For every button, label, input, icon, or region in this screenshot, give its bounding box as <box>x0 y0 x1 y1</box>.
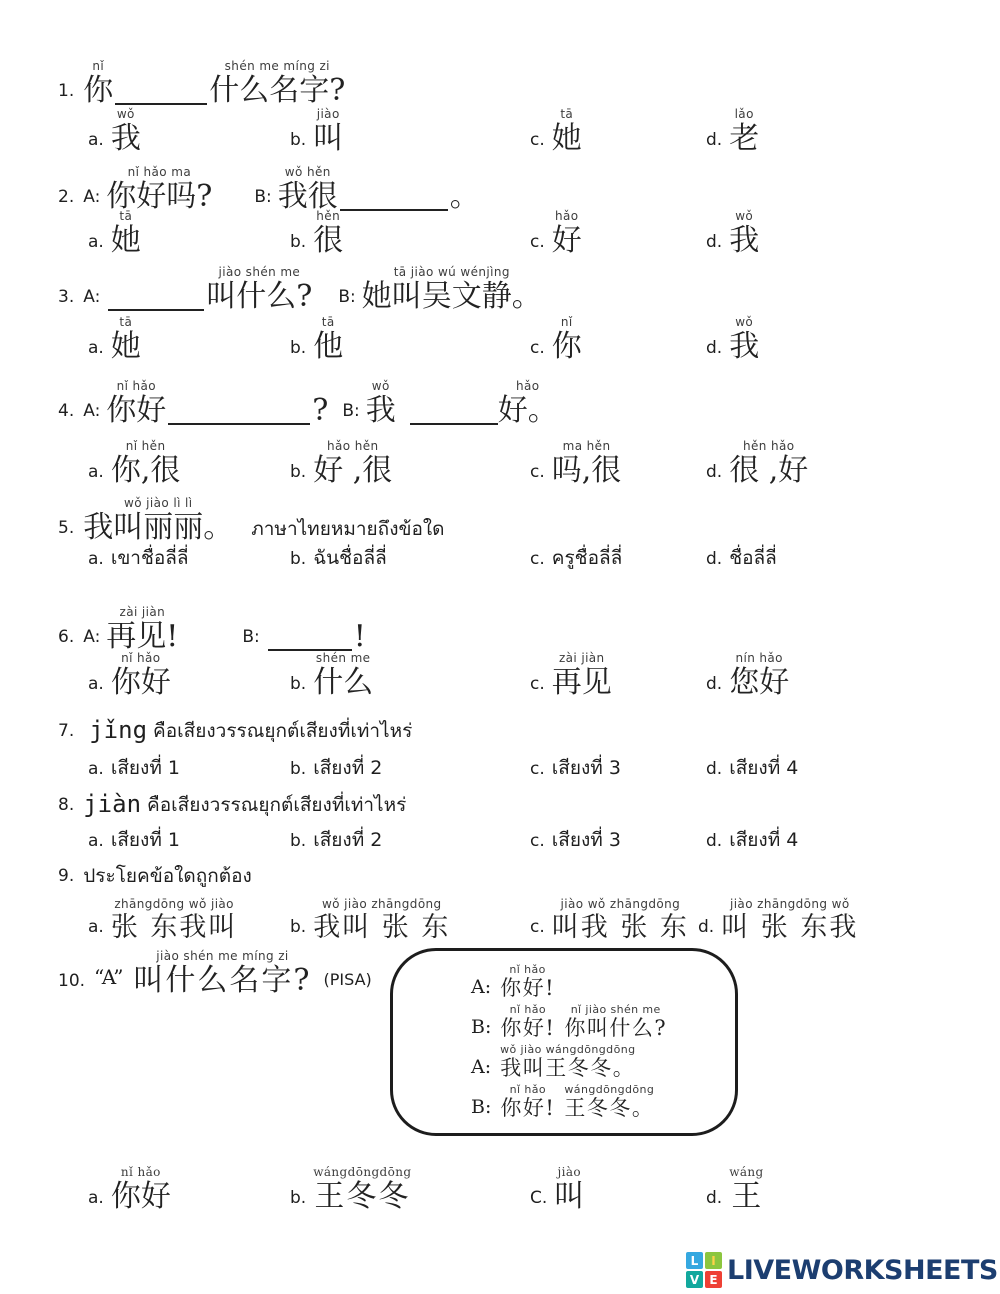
logo-tile-l: L <box>686 1252 703 1269</box>
ruby: zài jiàn再见 <box>552 652 612 699</box>
option-letter: b. <box>290 761 306 784</box>
option-d[interactable]: d. jiào zhāngdōng wǒ叫 张 东我 <box>698 898 858 942</box>
option-d[interactable]: d. เสียงที่ 4 <box>706 758 798 784</box>
hanzi: 叫什么名字? <box>133 965 311 997</box>
hanzi: 你,很 <box>111 455 181 487</box>
option-letter: a. <box>88 132 104 155</box>
option-letter: a. <box>88 340 104 363</box>
question-3-options: a. tā她 b. tā他 c. nǐ你 d. wǒ我 <box>0 316 1000 370</box>
option-b[interactable]: b. เสียงที่ 2 <box>290 830 382 856</box>
pinyin: zài jiàn <box>120 606 166 618</box>
pinyin: wángdōngdōng <box>313 1166 411 1178</box>
speaker-b: B: <box>242 629 259 653</box>
ruby-segment: hǎo 好。 <box>498 380 558 427</box>
ruby: lǎo老 <box>729 108 759 155</box>
option-letter: d. <box>706 833 722 856</box>
option-d[interactable]: d. ชื่อลี่ลี่ <box>706 548 777 574</box>
ruby: nǐ hǎo你好! <box>500 964 555 1000</box>
hanzi: 她 <box>111 331 141 363</box>
option-c[interactable]: c. ma hěn吗,很 <box>530 440 621 487</box>
thai-option: เขาชื่อลี่ลี่ <box>111 548 189 574</box>
question-1-prompt: 1. nǐ 你 shén me míng zi 什么名字? <box>58 60 345 107</box>
punctuation: ? <box>312 395 328 427</box>
pinyin: jiào zhāngdōng wǒ <box>730 898 850 910</box>
option-d[interactable]: d. lǎo老 <box>706 108 759 155</box>
answer-blank[interactable] <box>108 304 204 311</box>
pinyin: wǒ <box>117 108 135 120</box>
thai-question: คือเสียงวรรณยุกต์เสียงที่เท่าไหร่ <box>147 795 406 821</box>
quoted-a: “A” <box>94 967 123 997</box>
ruby-segment: jiào shén me míng zi 叫什么名字? <box>133 950 311 997</box>
thai-option: ครูชื่อลี่ลี่ <box>552 548 623 574</box>
ruby: wángdōngdōng王冬冬 <box>313 1166 411 1213</box>
option-letter: a. <box>88 464 104 487</box>
thai-question: ภาษาไทยหมายถึงข้อใด <box>251 519 444 545</box>
speaker-a: A: <box>471 1058 491 1080</box>
question-10-prompt: 10. “A” jiào shén me míng zi 叫什么名字? (PIS… <box>58 950 372 997</box>
question-number: 3. <box>58 289 74 313</box>
option-b[interactable]: b. jiào叫 <box>290 108 343 155</box>
hanzi: 叫 <box>554 1181 584 1213</box>
question-4-prompt: 4. A: nǐ hǎo 你好 ? B: wǒ 我 hǎo 好。 <box>58 380 558 427</box>
pinyin: jiào shén me <box>218 266 300 278</box>
option-b[interactable]: b. hǎo hěn好 ,很 <box>290 440 392 487</box>
thai-option: เสียงที่ 1 <box>111 830 180 856</box>
option-letter: a. <box>88 234 104 257</box>
speaker-a: A: <box>83 629 100 653</box>
option-letter: c. <box>530 551 545 574</box>
hanzi: 你好! <box>500 1097 555 1120</box>
question-1-options: a. wǒ我 b. jiào叫 c. tā她 d. lǎo老 <box>0 108 1000 162</box>
hanzi: 很 ,好 <box>729 455 808 487</box>
option-b[interactable]: b. wángdōngdōng王冬冬 <box>290 1166 411 1213</box>
hanzi: 他 <box>313 331 343 363</box>
question-number: 7. <box>58 723 74 747</box>
hanzi: 王冬冬 <box>314 1181 410 1213</box>
option-letter: d. <box>706 676 722 699</box>
option-a[interactable]: a. เสียงที่ 1 <box>88 830 180 856</box>
logo-tile-e: E <box>705 1271 722 1288</box>
hanzi: 你好! <box>500 1017 555 1040</box>
answer-blank[interactable] <box>115 98 207 105</box>
option-letter: c. <box>530 132 545 155</box>
question-6-options: a. nǐ hǎo你好 b. shén me什么 c. zài jiàn再见 d… <box>0 652 1000 706</box>
dialog-line-4: B: nǐ hǎo你好! wángdōngdōng王冬冬。 <box>471 1084 727 1120</box>
hanzi: 她叫吴文静。 <box>362 281 542 313</box>
ruby: hǎo hěn好 ,很 <box>313 440 392 487</box>
thai-option: เสียงที่ 3 <box>552 758 621 784</box>
option-letter: c. <box>530 234 545 257</box>
option-c[interactable]: c. เสียงที่ 3 <box>530 830 621 856</box>
option-letter: b. <box>290 464 306 487</box>
option-d[interactable]: d. wáng王 <box>706 1166 764 1213</box>
option-letter: d. <box>698 919 714 942</box>
pinyin: wǒ jiào zhāngdōng <box>322 898 442 910</box>
speaker-a: A: <box>471 978 491 1000</box>
option-letter: c. <box>530 340 545 363</box>
pinyin: nǐ hǎo <box>510 1004 546 1015</box>
option-c[interactable]: c. tā她 <box>530 108 582 155</box>
hanzi: 你好! <box>500 977 555 1000</box>
thai-option: ฉันชื่อลี่ลี่ <box>313 548 387 574</box>
ruby: ma hěn吗,很 <box>552 440 622 487</box>
thai-option: เสียงที่ 4 <box>729 830 798 856</box>
hanzi: 你叫什么? <box>564 1017 667 1040</box>
hanzi: 我 <box>111 123 141 155</box>
thai-option: เสียงที่ 2 <box>313 758 382 784</box>
option-letter: C. <box>530 1190 547 1213</box>
question-number: 1. <box>58 83 74 107</box>
ruby: nǐ hǎo你好 <box>111 1166 171 1213</box>
ruby: hěn hǎo很 ,好 <box>729 440 808 487</box>
option-letter: b. <box>290 132 306 155</box>
option-letter: d. <box>706 1190 722 1213</box>
ruby: tā她 <box>552 108 582 155</box>
ruby: wáng王 <box>729 1166 763 1213</box>
question-8-prompt: 8. jiàn คือเสียงวรรณยุกต์เสียงที่เท่าไหร… <box>58 792 406 821</box>
question-2-prompt: 2. A: nǐ hǎo ma 你好吗? B: wǒ hěn 我很 。 <box>58 166 480 213</box>
ruby: jiào zhāngdōng wǒ叫 张 东我 <box>721 898 858 942</box>
pinyin: tā <box>119 210 132 222</box>
ruby: wǒ jiào zhāngdōng我叫 张 东 <box>313 898 450 942</box>
pinyin: wángdōngdōng <box>564 1084 654 1095</box>
speaker-b: B: <box>342 403 359 427</box>
option-letter: d. <box>706 132 722 155</box>
question-2-options: a. tā她 b. hěn很 c. hǎo好 d. wǒ我 <box>0 210 1000 264</box>
option-a[interactable]: a. nǐ hěn你,很 <box>88 440 180 487</box>
hanzi: 叫 张 东我 <box>721 913 858 942</box>
ruby-segment: wǒ hěn 我很 <box>278 166 338 213</box>
pinyin: nǐ hěn <box>126 440 166 452</box>
pinyin: hěn hǎo <box>743 440 795 452</box>
option-a[interactable]: a. tā她 <box>88 316 141 363</box>
ruby: nǐ hǎo你好 <box>111 652 171 699</box>
pinyin: tā <box>322 316 335 328</box>
option-letter: a. <box>88 676 104 699</box>
question-9-options: a. zhāngdōng wǒ jiào张 东我叫 b. wǒ jiào zhā… <box>0 898 1000 952</box>
dialog-line-3: A: wǒ jiào wángdōngdōng我叫王冬冬。 <box>471 1044 727 1080</box>
hanzi: 你好 <box>111 1181 171 1213</box>
hanzi: 好。 <box>498 395 558 427</box>
hanzi: 你 <box>83 75 113 107</box>
thai-question: คือเสียงวรรณยุกต์เสียงที่เท่าไหร่ <box>153 721 412 747</box>
option-a[interactable]: a. tā她 <box>88 210 141 257</box>
pinyin: ma hěn <box>563 440 611 452</box>
hanzi: 叫 <box>313 123 343 155</box>
pinyin: nǐ hǎo <box>510 1084 546 1095</box>
speaker-b: B: <box>471 1098 491 1120</box>
option-letter: c. <box>530 761 545 784</box>
option-letter: a. <box>88 761 104 784</box>
question-6-prompt: 6. A: zài jiàn 再见! B: ! <box>58 606 366 653</box>
pinyin: hǎo hěn <box>327 440 379 452</box>
ruby: shén me什么 <box>313 652 373 699</box>
pisa-note: (PISA) <box>324 972 372 997</box>
option-a[interactable]: a. nǐ hǎo你好 <box>88 652 171 699</box>
option-d[interactable]: d. wǒ我 <box>706 210 759 257</box>
ruby-segment: nǐ hǎo 你好 <box>106 380 166 427</box>
option-letter: c. <box>530 919 545 942</box>
pinyin: wáng <box>729 1166 763 1178</box>
dialog-box: A: nǐ hǎo你好! B: nǐ hǎo你好! nǐ jiào shén m… <box>390 948 738 1136</box>
pinyin: tā <box>119 316 132 328</box>
hanzi: 我叫丽丽。 <box>83 512 233 544</box>
option-letter: b. <box>290 551 306 574</box>
option-b[interactable]: b. hěn很 <box>290 210 343 257</box>
speaker-b: B: <box>471 1018 491 1040</box>
pinyin: jiào shén me míng zi <box>156 950 288 962</box>
question-number: 9. <box>58 868 74 888</box>
option-c[interactable]: c. hǎo好 <box>530 210 582 257</box>
hanzi: 很 <box>313 225 343 257</box>
option-c[interactable]: c. ครูชื่อลี่ลี่ <box>530 548 622 574</box>
option-b[interactable]: b. wǒ jiào zhāngdōng我叫 张 东 <box>290 898 450 942</box>
question-number: 8. <box>58 797 74 821</box>
ruby: hěn很 <box>313 210 343 257</box>
hanzi: 你好 <box>111 667 171 699</box>
option-letter: d. <box>706 340 722 363</box>
option-letter: b. <box>290 234 306 257</box>
option-b[interactable]: b. ฉันชื่อลี่ลี่ <box>290 548 387 574</box>
hanzi: 我叫王冬冬。 <box>500 1057 635 1080</box>
pinyin: wǒ <box>372 380 390 392</box>
pinyin: jiào wǒ zhāngdōng <box>561 898 681 910</box>
ruby-segment: zài jiàn 再见! <box>106 606 178 653</box>
question-9-prompt: 9. ประโยคข้อใดถูกต้อง <box>58 866 252 888</box>
ruby: nín hǎo您好 <box>729 652 789 699</box>
question-number: 10. <box>58 973 85 997</box>
hanzi: 叫什么? <box>206 281 312 313</box>
pinyin: nǐ hǎo <box>121 1166 161 1178</box>
pinyin: nǐ hǎo <box>117 380 156 392</box>
thai-option: เสียงที่ 1 <box>111 758 180 784</box>
ruby: nǐ hǎo你好! <box>500 1084 555 1120</box>
ruby-segment: wǒ jiào lì lì 我叫丽丽。 <box>83 497 233 544</box>
ruby: nǐ jiào shén me你叫什么? <box>564 1004 667 1040</box>
punctuation: ! <box>354 621 366 653</box>
pinyin: jiào <box>558 1166 582 1178</box>
ruby: zhāngdōng wǒ jiào张 东我叫 <box>111 898 238 942</box>
hanzi: 老 <box>729 123 759 155</box>
option-letter: d. <box>706 761 722 784</box>
option-letter: a. <box>88 1190 104 1213</box>
pinyin: nǐ hǎo ma <box>128 166 192 178</box>
worksheet-page: 1. nǐ 你 shén me míng zi 什么名字? a. wǒ我 b. … <box>0 0 1000 1294</box>
pinyin: nín hǎo <box>735 652 782 664</box>
pinyin: wǒ <box>735 316 753 328</box>
option-b[interactable]: b. เสียงที่ 2 <box>290 758 382 784</box>
question-10-options: a. nǐ hǎo你好 b. wángdōngdōng王冬冬 C. jiào叫 … <box>0 1166 1000 1220</box>
pinyin-syllable: jiàn <box>83 792 141 821</box>
option-a[interactable]: a. เขาชื่อลี่ลี่ <box>88 548 189 574</box>
option-a[interactable]: a. wǒ我 <box>88 108 141 155</box>
hanzi: 再见! <box>106 621 178 653</box>
option-d[interactable]: d. เสียงที่ 4 <box>706 830 798 856</box>
hanzi: 我叫 张 东 <box>313 913 450 942</box>
hanzi: 叫我 张 东 <box>552 913 689 942</box>
thai-option: ชื่อลี่ลี่ <box>729 548 777 574</box>
pinyin: jiào <box>317 108 340 120</box>
pinyin: nǐ hǎo <box>509 964 545 975</box>
question-number: 4. <box>58 403 74 427</box>
option-letter: c. <box>530 676 545 699</box>
option-c[interactable]: c. nǐ你 <box>530 316 582 363</box>
ruby-segment: nǐ hǎo ma 你好吗? <box>106 166 212 213</box>
logo-tile-i: I <box>705 1252 722 1269</box>
option-a[interactable]: a. nǐ hǎo你好 <box>88 1166 171 1213</box>
option-c[interactable]: c. zài jiàn再见 <box>530 652 612 699</box>
dialog-line-1: A: nǐ hǎo你好! <box>471 964 727 1000</box>
option-c[interactable]: c. เสียงที่ 3 <box>530 758 621 784</box>
pinyin: nǐ jiào shén me <box>571 1004 661 1015</box>
option-letter: a. <box>88 551 104 574</box>
option-c[interactable]: C. jiào叫 <box>530 1166 584 1213</box>
logo-tile-v: V <box>686 1271 703 1288</box>
ruby-segment: nǐ 你 <box>83 60 113 107</box>
pinyin: wǒ <box>735 210 753 222</box>
ruby: wángdōngdōng王冬冬。 <box>564 1084 654 1120</box>
pinyin: hǎo <box>555 210 579 222</box>
liveworksheets-logo[interactable]: L I V E LIVEWORKSHEETS <box>686 1252 998 1288</box>
option-a[interactable]: a. เสียงที่ 1 <box>88 758 180 784</box>
question-number: 5. <box>58 520 74 544</box>
ruby: wǒ jiào wángdōngdōng我叫王冬冬。 <box>500 1044 635 1080</box>
hanzi: 再见 <box>552 667 612 699</box>
pinyin: hěn <box>316 210 340 222</box>
pinyin: shén me míng zi <box>225 60 330 72</box>
speaker-a: A: <box>83 289 100 313</box>
option-d[interactable]: d. hěn hǎo很 ,好 <box>706 440 808 487</box>
pinyin: nǐ <box>561 316 573 328</box>
ruby: tā她 <box>111 210 141 257</box>
hanzi: 张 东我叫 <box>111 913 238 942</box>
logo-tiles-icon: L I V E <box>686 1252 722 1288</box>
ruby-segment: jiào shén me 叫什么? <box>206 266 312 313</box>
ruby: nǐ你 <box>552 316 582 363</box>
punctuation: 。 <box>450 181 480 213</box>
option-b[interactable]: b. shén me什么 <box>290 652 373 699</box>
option-d[interactable]: d. nín hǎo您好 <box>706 652 789 699</box>
option-letter: b. <box>290 833 306 856</box>
hanzi: 什么 <box>313 667 373 699</box>
thai-option: เสียงที่ 2 <box>313 830 382 856</box>
pinyin-syllable: jǐng <box>89 718 147 747</box>
pinyin: wǒ hěn <box>285 166 331 178</box>
option-letter: a. <box>88 833 104 856</box>
option-letter: c. <box>530 833 545 856</box>
ruby: wǒ我 <box>729 210 759 257</box>
option-letter: a. <box>88 919 104 942</box>
option-d[interactable]: d. wǒ我 <box>706 316 759 363</box>
answer-blank[interactable] <box>410 418 498 425</box>
ruby-segment: wǒ 我 <box>366 380 396 427</box>
ruby: wǒ我 <box>729 316 759 363</box>
dialog-line-2: B: nǐ hǎo你好! nǐ jiào shén me你叫什么? <box>471 1004 727 1040</box>
ruby: hǎo好 <box>552 210 582 257</box>
hanzi: 好 <box>552 225 582 257</box>
question-number: 6. <box>58 629 74 653</box>
ruby: tā她 <box>111 316 141 363</box>
pinyin: shén me <box>316 652 371 664</box>
hanzi: 吗,很 <box>552 455 622 487</box>
question-7-prompt: 7. jǐng คือเสียงวรรณยุกต์เสียงที่เท่าไหร… <box>58 718 412 747</box>
pinyin: nǐ <box>92 60 104 72</box>
question-4-options: a. nǐ hěn你,很 b. hǎo hěn好 ,很 c. ma hěn吗,很… <box>0 440 1000 494</box>
option-letter: b. <box>290 919 306 942</box>
ruby: nǐ hǎo你好! <box>500 1004 555 1040</box>
ruby: jiào wǒ zhāngdōng叫我 张 东 <box>552 898 689 942</box>
hanzi: 你 <box>552 331 582 363</box>
ruby: jiào叫 <box>313 108 343 155</box>
option-letter: d. <box>706 551 722 574</box>
pinyin: wǒ jiào wángdōngdōng <box>500 1044 635 1055</box>
option-letter: b. <box>290 340 306 363</box>
option-b[interactable]: b. tā他 <box>290 316 343 363</box>
hanzi: 王冬冬。 <box>564 1097 654 1120</box>
thai-question: ประโยคข้อใดถูกต้อง <box>83 866 252 888</box>
brand-text: LIVEWORKSHEETS <box>727 1255 998 1286</box>
pinyin: nǐ hǎo <box>121 652 160 664</box>
hanzi: 我 <box>729 331 759 363</box>
option-letter: d. <box>706 464 722 487</box>
ruby-segment: tā jiào wú wénjìng 她叫吴文静。 <box>362 266 542 313</box>
pinyin: wǒ jiào lì lì <box>124 497 193 509</box>
hanzi: 她 <box>111 225 141 257</box>
option-letter: b. <box>290 676 306 699</box>
hanzi: 您好 <box>729 667 789 699</box>
pinyin: tā jiào wú wénjìng <box>394 266 510 278</box>
ruby-segment: shén me míng zi 什么名字? <box>209 60 345 107</box>
question-5-options: a. เขาชื่อลี่ลี่ b. ฉันชื่อลี่ลี่ c. ครู… <box>0 548 1000 602</box>
speaker-b: B: <box>338 289 355 313</box>
question-5-prompt: 5. wǒ jiào lì lì 我叫丽丽。 ภาษาไทยหมายถึงข้อ… <box>58 497 444 544</box>
pinyin: lǎo <box>735 108 754 120</box>
thai-option: เสียงที่ 3 <box>552 830 621 856</box>
question-3-prompt: 3. A: jiào shén me 叫什么? B: tā jiào wú wé… <box>58 266 542 313</box>
ruby: nǐ hěn你,很 <box>111 440 181 487</box>
ruby: jiào叫 <box>554 1166 584 1213</box>
hanzi: 什么名字? <box>209 75 345 107</box>
ruby: tā他 <box>313 316 343 363</box>
option-c[interactable]: c. jiào wǒ zhāngdōng叫我 张 东 <box>530 898 689 942</box>
hanzi: 好 ,很 <box>313 455 392 487</box>
hanzi: 你好 <box>106 395 166 427</box>
thai-option: เสียงที่ 4 <box>729 758 798 784</box>
pinyin: zài jiàn <box>559 652 605 664</box>
hanzi: 我 <box>366 395 396 427</box>
ruby: wǒ我 <box>111 108 141 155</box>
option-letter: b. <box>290 1190 306 1213</box>
option-a[interactable]: a. zhāngdōng wǒ jiào张 东我叫 <box>88 898 237 942</box>
option-letter: d. <box>706 234 722 257</box>
pinyin: zhāngdōng wǒ jiào <box>114 898 234 910</box>
hanzi: 我 <box>729 225 759 257</box>
hanzi: 王 <box>731 1181 761 1213</box>
speaker-a: A: <box>83 403 100 427</box>
option-letter: c. <box>530 464 545 487</box>
answer-blank[interactable] <box>168 418 310 425</box>
pinyin: tā <box>560 108 573 120</box>
pinyin: hǎo <box>516 380 540 392</box>
hanzi: 她 <box>552 123 582 155</box>
